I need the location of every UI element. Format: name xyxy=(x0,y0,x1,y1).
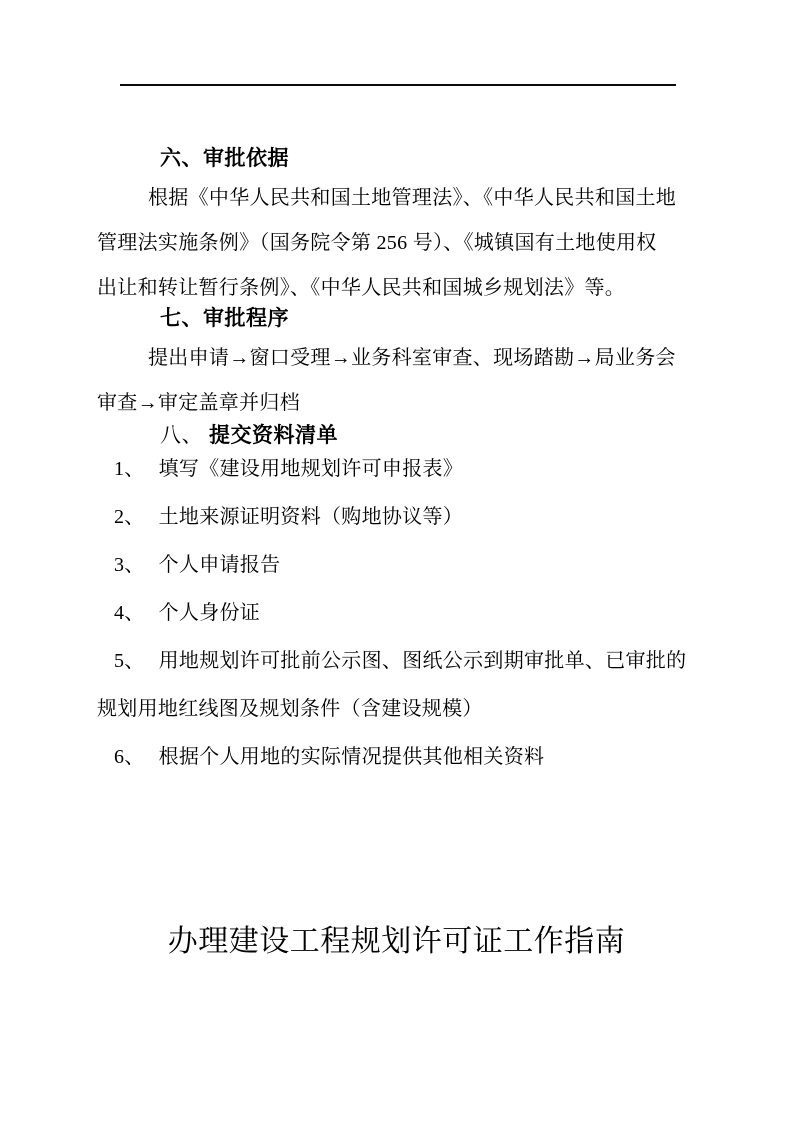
list-item: 5、用地规划许可批前公示图、图纸公示到期审批单、已审批的 xyxy=(114,649,686,673)
list-item: 1、填写《建设用地规划许可申报表》 xyxy=(114,457,463,481)
list-item: 4、个人身份证 xyxy=(114,601,260,625)
paragraph-line: 管理法实施条例》（国务院令第 256 号）、《城镇国有土地使用权 xyxy=(97,231,657,255)
list-item-number: 1、 xyxy=(114,457,145,481)
list-item-continuation: 规划用地红线图及规划条件（含建设规模） xyxy=(97,697,483,721)
list-item-number: 3、 xyxy=(114,553,145,577)
list-item-number: 4、 xyxy=(114,601,145,625)
list-item: 6、根据个人用地的实际情况提供其他相关资料 xyxy=(114,745,544,769)
section-heading-eight: 八、提交资料清单 xyxy=(160,423,338,447)
list-item: 2、土地来源证明资料（购地协议等） xyxy=(114,505,463,529)
header-rule xyxy=(120,84,676,86)
list-item-number: 5、 xyxy=(114,649,145,673)
paragraph-line: 提出申请→窗口受理→业务科室审查、现场踏勘→局业务会 xyxy=(148,346,676,370)
section-heading-six: 六、审批依据 xyxy=(160,146,289,170)
list-item: 3、个人申请报告 xyxy=(114,553,280,577)
list-item-text: 个人申请报告 xyxy=(159,554,281,576)
list-item-text: 用地规划许可批前公示图、图纸公示到期审批单、已审批的 xyxy=(159,650,687,672)
section-eight-number: 八、 xyxy=(160,423,203,447)
list-item-number: 2、 xyxy=(114,505,145,529)
paragraph-line: 出让和转让暂行条例》、《中华人民共和国城乡规划法》等。 xyxy=(97,276,625,300)
paragraph-line: 根据《中华人民共和国土地管理法》、《中华人民共和国土地 xyxy=(148,186,676,210)
document-title: 办理建设工程规划许可证工作指南 xyxy=(0,924,793,960)
list-item-text: 土地来源证明资料（购地协议等） xyxy=(159,506,464,528)
list-item-text: 填写《建设用地规划许可申报表》 xyxy=(159,458,464,480)
list-item-text: 根据个人用地的实际情况提供其他相关资料 xyxy=(159,746,545,768)
document-page: 六、审批依据 根据《中华人民共和国土地管理法》、《中华人民共和国土地 管理法实施… xyxy=(0,0,793,1122)
list-item-number: 6、 xyxy=(114,745,145,769)
section-eight-title: 提交资料清单 xyxy=(209,423,338,447)
paragraph-line: 审查→审定盖章并归档 xyxy=(97,391,300,415)
section-heading-seven: 七、审批程序 xyxy=(160,306,289,330)
list-item-text: 个人身份证 xyxy=(159,602,261,624)
